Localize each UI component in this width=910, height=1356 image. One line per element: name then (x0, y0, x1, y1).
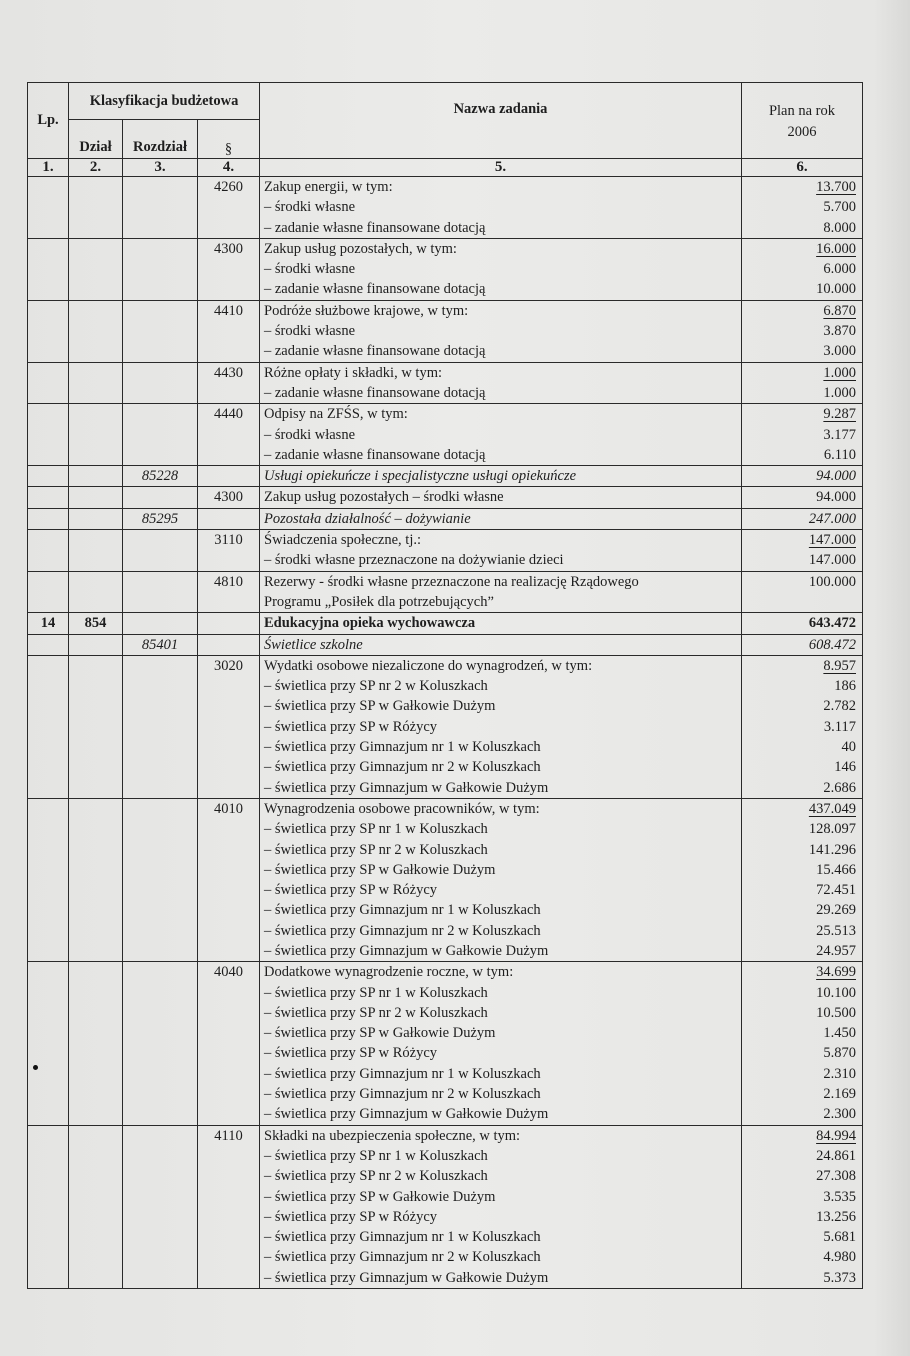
cell-task-name: Dodatkowe wynagrodzenie roczne, w tym:– … (260, 962, 742, 1125)
plan-total: 8.957 (742, 656, 862, 676)
plan-subvalue: 186 (742, 676, 862, 696)
plan-total: 1.000 (742, 363, 862, 383)
cell-task-name: Podróże służbowe krajowe, w tym:– środki… (260, 300, 742, 362)
plan-amount: 2.782 (823, 698, 856, 714)
task-subitem: – świetlica przy Gimnazjum nr 1 w Kolusz… (260, 900, 741, 920)
col-number: 4. (198, 159, 260, 177)
cell-dzial (69, 1125, 123, 1288)
dzial-code (69, 530, 122, 550)
plan-total: 100.000 (742, 572, 862, 592)
task-subitem: Programu „Posiłek dla potrzebujących” (260, 592, 741, 612)
plan-amount: 10.100 (816, 985, 856, 1001)
cell-lp (28, 1125, 69, 1288)
cell-par: 4300 (198, 238, 260, 300)
task-subitem: – świetlica przy Gimnazjum nr 1 w Kolusz… (260, 1064, 741, 1084)
task-subitem: – świetlica przy SP nr 2 w Koluszkach (260, 1003, 741, 1023)
col-number: 2. (69, 159, 123, 177)
par-code (198, 466, 259, 486)
task-title: Odpisy na ZFŚS, w tym: (260, 404, 741, 424)
cell-task-name: Zakup energii, w tym:– środki własne– za… (260, 177, 742, 239)
table-row-paragraph: 4010Wynagrodzenia osobowe pracowników, w… (28, 798, 863, 961)
par-code: 4110 (198, 1126, 259, 1146)
plan-amount: 147.000 (809, 532, 856, 548)
plan-subvalue: 6.000 (742, 259, 862, 279)
cell-task-name: Odpisy na ZFŚS, w tym:– środki własne– z… (260, 404, 742, 466)
plan-total: 9.287 (742, 404, 862, 424)
task-subitem: – świetlica przy Gimnazjum nr 2 w Kolusz… (260, 1084, 741, 1104)
cell-plan-value: 147.000147.000 (742, 530, 863, 572)
cell-plan-value: 100.000 (742, 571, 863, 613)
plan-amount: 72.451 (816, 882, 856, 898)
plan-amount: 16.000 (816, 241, 856, 257)
cell-plan-value: 6.8703.8703.000 (742, 300, 863, 362)
table-row-section: 14854Edukacyjna opieka wychowawcza643.47… (28, 613, 863, 634)
task-subitem: – środki własne (260, 197, 741, 217)
plan-total: 16.000 (742, 239, 862, 259)
table-row-chapter: 85295Pozostała działalność – dożywianie2… (28, 508, 863, 529)
task-title: Zakup usług pozostałych – środki własne (260, 487, 741, 507)
plan-subvalue: 3.870 (742, 321, 862, 341)
plan-amount: 6.870 (823, 303, 856, 319)
cell-rozdzial (123, 300, 198, 362)
plan-subvalue: 1.000 (742, 383, 862, 403)
col-number: 6. (742, 159, 863, 177)
table-row-paragraph: 3110Świadczenia społeczne, tj.: – środki… (28, 530, 863, 572)
table-row-paragraph: 4810Rezerwy - środki własne przeznaczone… (28, 571, 863, 613)
plan-amount: 1.000 (823, 365, 856, 381)
lp-code (28, 363, 68, 383)
par-code: 3110 (198, 530, 259, 550)
plan-total: 643.472 (742, 613, 862, 633)
plan-subvalue: 8.000 (742, 218, 862, 238)
dzial-code (69, 656, 122, 676)
cell-plan-value: 13.7005.7008.000 (742, 177, 863, 239)
task-subitem: – świetlica przy Gimnazjum nr 2 w Kolusz… (260, 757, 741, 777)
scan-speck (33, 1065, 38, 1070)
lp-code (28, 962, 68, 982)
cell-dzial: 854 (69, 613, 123, 634)
plan-total: 437.049 (742, 799, 862, 819)
cell-par (198, 466, 260, 487)
plan-subvalue: 2.686 (742, 778, 862, 798)
cell-plan-value: 9.2873.1776.110 (742, 404, 863, 466)
cell-dzial (69, 362, 123, 404)
plan-amount: 3.000 (823, 343, 856, 359)
cell-task-name: Wynagrodzenia osobowe pracowników, w tym… (260, 798, 742, 961)
rozdzial-code (123, 301, 197, 321)
cell-dzial (69, 508, 123, 529)
plan-amount: 2.300 (823, 1106, 856, 1122)
cell-dzial (69, 962, 123, 1125)
rozdzial-code (123, 572, 197, 592)
plan-subvalue: 24.957 (742, 941, 862, 961)
plan-subvalue: 72.451 (742, 880, 862, 900)
par-code: 4810 (198, 572, 259, 592)
task-title: Składki na ubezpieczenia społeczne, w ty… (260, 1126, 741, 1146)
task-subitem: – świetlica przy SP nr 1 w Koluszkach (260, 983, 741, 1003)
cell-lp (28, 300, 69, 362)
plan-subvalue: 2.310 (742, 1064, 862, 1084)
plan-subvalue: 25.513 (742, 921, 862, 941)
cell-dzial (69, 177, 123, 239)
table-row-paragraph: 4440Odpisy na ZFŚS, w tym:– środki własn… (28, 404, 863, 466)
plan-amount: 6.110 (824, 447, 856, 463)
header-paragraph: § (198, 120, 260, 159)
task-subitem: – świetlica przy SP w Gałkowie Dużym (260, 1187, 741, 1207)
cell-rozdzial (123, 487, 198, 508)
plan-subvalue: 5.681 (742, 1227, 862, 1247)
cell-lp (28, 655, 69, 798)
lp-code (28, 799, 68, 819)
cell-par (198, 508, 260, 529)
cell-par: 4440 (198, 404, 260, 466)
task-subitem: – świetlica przy Gimnazjum w Gałkowie Du… (260, 778, 741, 798)
rozdzial-code (123, 799, 197, 819)
task-subitem: – świetlica przy SP nr 1 w Koluszkach (260, 1146, 741, 1166)
cell-plan-value: 94.000 (742, 487, 863, 508)
plan-amount: 13.256 (816, 1209, 856, 1225)
cell-task-name: Wydatki osobowe niezaliczone do wynagrod… (260, 655, 742, 798)
plan-amount: 5.870 (823, 1045, 856, 1061)
dzial-code (69, 404, 122, 424)
task-title: Edukacyjna opieka wychowawcza (260, 613, 741, 633)
plan-subvalue: 6.110 (742, 445, 862, 465)
task-subitem: – świetlica przy SP w Różycy (260, 717, 741, 737)
cell-dzial (69, 571, 123, 613)
dzial-code (69, 363, 122, 383)
plan-subvalue: 2.300 (742, 1104, 862, 1124)
cell-dzial (69, 530, 123, 572)
cell-lp (28, 466, 69, 487)
header-rozdzial: Rozdział (123, 120, 198, 159)
plan-amount: 8.957 (823, 658, 856, 674)
par-code: 4410 (198, 301, 259, 321)
task-subitem: – świetlica przy SP w Różycy (260, 1043, 741, 1063)
cell-par: 4430 (198, 362, 260, 404)
plan-amount: 94.000 (816, 468, 856, 484)
plan-subvalue: 1.450 (742, 1023, 862, 1043)
lp-code (28, 466, 68, 486)
cell-plan-value: 437.049128.097141.29615.46672.45129.2692… (742, 798, 863, 961)
cell-rozdzial (123, 177, 198, 239)
par-code: 4300 (198, 487, 259, 507)
task-title: Zakup usług pozostałych, w tym: (260, 239, 741, 259)
rozdzial-code (123, 487, 197, 507)
plan-amount: 9.287 (823, 406, 856, 422)
cell-plan-value: 34.69910.10010.5001.4505.8702.3102.1692.… (742, 962, 863, 1125)
cell-plan-value: 8.9571862.7823.117401462.686 (742, 655, 863, 798)
plan-amount: 147.000 (809, 552, 856, 568)
plan-amount: 146 (834, 759, 856, 775)
lp-code (28, 487, 68, 507)
table-row-paragraph: 4430Różne opłaty i składki, w tym: – zad… (28, 362, 863, 404)
cell-plan-value: 608.472 (742, 634, 863, 655)
plan-amount: 27.308 (816, 1168, 856, 1184)
plan-amount: 5.681 (823, 1229, 856, 1245)
par-code: 3020 (198, 656, 259, 676)
plan-subvalue: 5.870 (742, 1043, 862, 1063)
dzial-code (69, 799, 122, 819)
table-header: Lp. Klasyfikacja budżetowa Nazwa zadania… (28, 83, 863, 177)
cell-lp (28, 530, 69, 572)
plan-subvalue: 2.782 (742, 696, 862, 716)
plan-amount: 3.535 (823, 1189, 856, 1205)
task-subitem: – środki własne (260, 425, 741, 445)
task-subitem: – zadanie własne finansowane dotacją (260, 218, 741, 238)
task-subitem: – świetlica przy Gimnazjum nr 2 w Kolusz… (260, 1247, 741, 1267)
cell-task-name: Świetlice szkolne (260, 634, 742, 655)
dzial-code (69, 635, 122, 655)
plan-total: 34.699 (742, 962, 862, 982)
plan-subvalue: 13.256 (742, 1207, 862, 1227)
cell-dzial (69, 300, 123, 362)
rozdzial-code (123, 177, 197, 197)
cell-rozdzial (123, 962, 198, 1125)
plan-amount: 5.700 (823, 199, 856, 215)
par-code: 4040 (198, 962, 259, 982)
dzial-code (69, 301, 122, 321)
task-title: Różne opłaty i składki, w tym: (260, 363, 741, 383)
cell-rozdzial (123, 798, 198, 961)
task-subitem: – świetlica przy SP w Różycy (260, 1207, 741, 1227)
rozdzial-code (123, 962, 197, 982)
plan-amount: 24.861 (816, 1148, 856, 1164)
dzial-code (69, 962, 122, 982)
plan-subvalue: 10.100 (742, 983, 862, 1003)
plan-amount: 186 (834, 678, 856, 694)
lp-code (28, 301, 68, 321)
plan-subvalue: 146 (742, 757, 862, 777)
task-title: Podróże służbowe krajowe, w tym: (260, 301, 741, 321)
plan-amount: 10.000 (816, 281, 856, 297)
cell-lp (28, 571, 69, 613)
cell-par: 4010 (198, 798, 260, 961)
plan-subvalue: 3.177 (742, 425, 862, 445)
plan-amount: 643.472 (809, 615, 856, 631)
cell-plan-value: 643.472 (742, 613, 863, 634)
plan-amount: 34.699 (816, 964, 856, 980)
cell-lp (28, 362, 69, 404)
task-subitem: – świetlica przy Gimnazjum nr 1 w Kolusz… (260, 1227, 741, 1247)
cell-par: 4410 (198, 300, 260, 362)
rozdzial-code (123, 1126, 197, 1146)
cell-task-name: Rezerwy - środki własne przeznaczone na … (260, 571, 742, 613)
plan-amount: 94.000 (816, 489, 856, 505)
cell-rozdzial: 85401 (123, 634, 198, 655)
cell-plan-value: 84.99424.86127.3083.53513.2565.6814.9805… (742, 1125, 863, 1288)
cell-task-name: Usługi opiekuńcze i specjalistyczne usłu… (260, 466, 742, 487)
table-row-paragraph: 4110Składki na ubezpieczenia społeczne, … (28, 1125, 863, 1288)
plan-amount: 1.000 (823, 385, 856, 401)
plan-total: 84.994 (742, 1126, 862, 1146)
plan-subvalue (742, 592, 862, 612)
plan-amount: 2.310 (823, 1066, 856, 1082)
dzial-code (69, 466, 122, 486)
task-subitem: – świetlica przy SP w Różycy (260, 880, 741, 900)
cell-rozdzial (123, 1125, 198, 1288)
plan-amount: 4.980 (823, 1249, 856, 1265)
rozdzial-code: 85295 (123, 509, 197, 529)
task-title: Świetlice szkolne (260, 635, 741, 655)
plan-amount: 6.000 (823, 261, 856, 277)
plan-amount: 25.513 (816, 923, 856, 939)
cell-dzial (69, 487, 123, 508)
plan-amount: 3.177 (823, 427, 856, 443)
plan-subvalue: 3.000 (742, 341, 862, 361)
plan-amount: 608.472 (809, 637, 856, 653)
plan-total: 608.472 (742, 635, 862, 655)
task-subitem: – świetlica przy SP w Gałkowie Dużym (260, 696, 741, 716)
lp-code (28, 635, 68, 655)
plan-amount: 128.097 (809, 821, 856, 837)
plan-amount: 437.049 (809, 801, 856, 817)
dzial-code (69, 239, 122, 259)
plan-total: 247.000 (742, 509, 862, 529)
cell-rozdzial (123, 571, 198, 613)
par-code (198, 613, 259, 633)
cell-par: 4260 (198, 177, 260, 239)
lp-code (28, 239, 68, 259)
par-code: 4260 (198, 177, 259, 197)
table-row-chapter: 85228Usługi opiekuńcze i specjalistyczne… (28, 466, 863, 487)
cell-par: 3110 (198, 530, 260, 572)
table-row-chapter: 85401Świetlice szkolne608.472 (28, 634, 863, 655)
cell-task-name: Zakup usług pozostałych, w tym:– środki … (260, 238, 742, 300)
cell-lp (28, 177, 69, 239)
cell-lp (28, 487, 69, 508)
plan-subvalue: 5.373 (742, 1268, 862, 1288)
task-subitem: – środki własne (260, 321, 741, 341)
plan-subvalue: 24.861 (742, 1146, 862, 1166)
cell-par (198, 613, 260, 634)
plan-amount: 8.000 (823, 220, 856, 236)
cell-plan-value: 94.000 (742, 466, 863, 487)
dzial-code: 854 (69, 613, 122, 633)
budget-table: Lp. Klasyfikacja budżetowa Nazwa zadania… (27, 82, 863, 1289)
task-title: Wydatki osobowe niezaliczone do wynagrod… (260, 656, 741, 676)
table-row-paragraph: 4410Podróże służbowe krajowe, w tym:– śr… (28, 300, 863, 362)
cell-dzial (69, 466, 123, 487)
plan-total: 94.000 (742, 487, 862, 507)
plan-subvalue: 128.097 (742, 819, 862, 839)
lp-code (28, 530, 68, 550)
task-subitem: – świetlica przy Gimnazjum w Gałkowie Du… (260, 941, 741, 961)
par-code: 4430 (198, 363, 259, 383)
plan-amount: 10.500 (816, 1005, 856, 1021)
header-plan-year: 2006 (742, 122, 862, 143)
plan-subvalue: 3.535 (742, 1187, 862, 1207)
plan-amount: 2.169 (823, 1086, 856, 1102)
dzial-code (69, 177, 122, 197)
plan-amount: 1.450 (823, 1025, 856, 1041)
par-code (198, 509, 259, 529)
cell-task-name: Zakup usług pozostałych – środki własne (260, 487, 742, 508)
table-body: 4260Zakup energii, w tym:– środki własne… (28, 177, 863, 1289)
plan-subvalue: 29.269 (742, 900, 862, 920)
header-task-name: Nazwa zadania (260, 83, 742, 159)
lp-code (28, 656, 68, 676)
task-subitem: – środki własne (260, 259, 741, 279)
plan-amount: 15.466 (816, 862, 856, 878)
rozdzial-code: 85228 (123, 466, 197, 486)
plan-subvalue: 40 (742, 737, 862, 757)
plan-amount: 5.373 (823, 1270, 856, 1286)
plan-total: 94.000 (742, 466, 862, 486)
cell-par (198, 634, 260, 655)
lp-code (28, 404, 68, 424)
plan-subvalue: 3.117 (742, 717, 862, 737)
dzial-code (69, 487, 122, 507)
task-subitem: – zadanie własne finansowane dotacją (260, 279, 741, 299)
par-code: 4300 (198, 239, 259, 259)
col-number: 5. (260, 159, 742, 177)
cell-plan-value: 1.0001.000 (742, 362, 863, 404)
header-plan: Plan na rok 2006 (742, 83, 863, 159)
plan-amount: 84.994 (816, 1128, 856, 1144)
header-column-numbers: 1. 2. 3. 4. 5. 6. (28, 159, 863, 177)
par-code: 4440 (198, 404, 259, 424)
task-subitem: – świetlica przy Gimnazjum w Gałkowie Du… (260, 1104, 741, 1124)
cell-lp (28, 962, 69, 1125)
plan-subvalue: 147.000 (742, 550, 862, 570)
cell-task-name: Składki na ubezpieczenia społeczne, w ty… (260, 1125, 742, 1288)
cell-task-name: Świadczenia społeczne, tj.: – środki wła… (260, 530, 742, 572)
dzial-code (69, 509, 122, 529)
cell-rozdzial (123, 404, 198, 466)
rozdzial-code (123, 613, 197, 633)
lp-code (28, 509, 68, 529)
task-title: Pozostała działalność – dożywianie (260, 509, 741, 529)
task-subitem: – świetlica przy Gimnazjum w Gałkowie Du… (260, 1268, 741, 1288)
plan-total: 13.700 (742, 177, 862, 197)
plan-amount: 141.296 (809, 842, 856, 858)
plan-total: 6.870 (742, 301, 862, 321)
cell-lp (28, 508, 69, 529)
cell-rozdzial (123, 530, 198, 572)
cell-plan-value: 16.0006.00010.000 (742, 238, 863, 300)
plan-subvalue: 10.500 (742, 1003, 862, 1023)
cell-par: 4110 (198, 1125, 260, 1288)
plan-subvalue: 15.466 (742, 860, 862, 880)
col-number: 1. (28, 159, 69, 177)
table-row-paragraph: 4300Zakup usług pozostałych – środki wła… (28, 487, 863, 508)
cell-lp: 14 (28, 613, 69, 634)
col-number: 3. (123, 159, 198, 177)
plan-subvalue: 27.308 (742, 1166, 862, 1186)
cell-task-name: Różne opłaty i składki, w tym: – zadanie… (260, 362, 742, 404)
plan-amount: 3.870 (823, 323, 856, 339)
header-classification: Klasyfikacja budżetowa (69, 83, 260, 120)
plan-amount: 2.686 (823, 780, 856, 796)
lp-code: 14 (28, 613, 68, 633)
plan-amount: 13.700 (816, 179, 856, 195)
cell-task-name: Pozostała działalność – dożywianie (260, 508, 742, 529)
plan-subvalue: 2.169 (742, 1084, 862, 1104)
par-code: 4010 (198, 799, 259, 819)
cell-par: 4810 (198, 571, 260, 613)
rozdzial-code (123, 363, 197, 383)
cell-task-name: Edukacyjna opieka wychowawcza (260, 613, 742, 634)
cell-rozdzial: 85228 (123, 466, 198, 487)
table-row-paragraph: 4300Zakup usług pozostałych, w tym:– śro… (28, 238, 863, 300)
task-title: Zakup energii, w tym: (260, 177, 741, 197)
table-row-paragraph: 4040Dodatkowe wynagrodzenie roczne, w ty… (28, 962, 863, 1125)
rozdzial-code (123, 404, 197, 424)
par-code (198, 635, 259, 655)
table-row-paragraph: 3020Wydatki osobowe niezaliczone do wyna… (28, 655, 863, 798)
cell-par: 4300 (198, 487, 260, 508)
cell-dzial (69, 404, 123, 466)
